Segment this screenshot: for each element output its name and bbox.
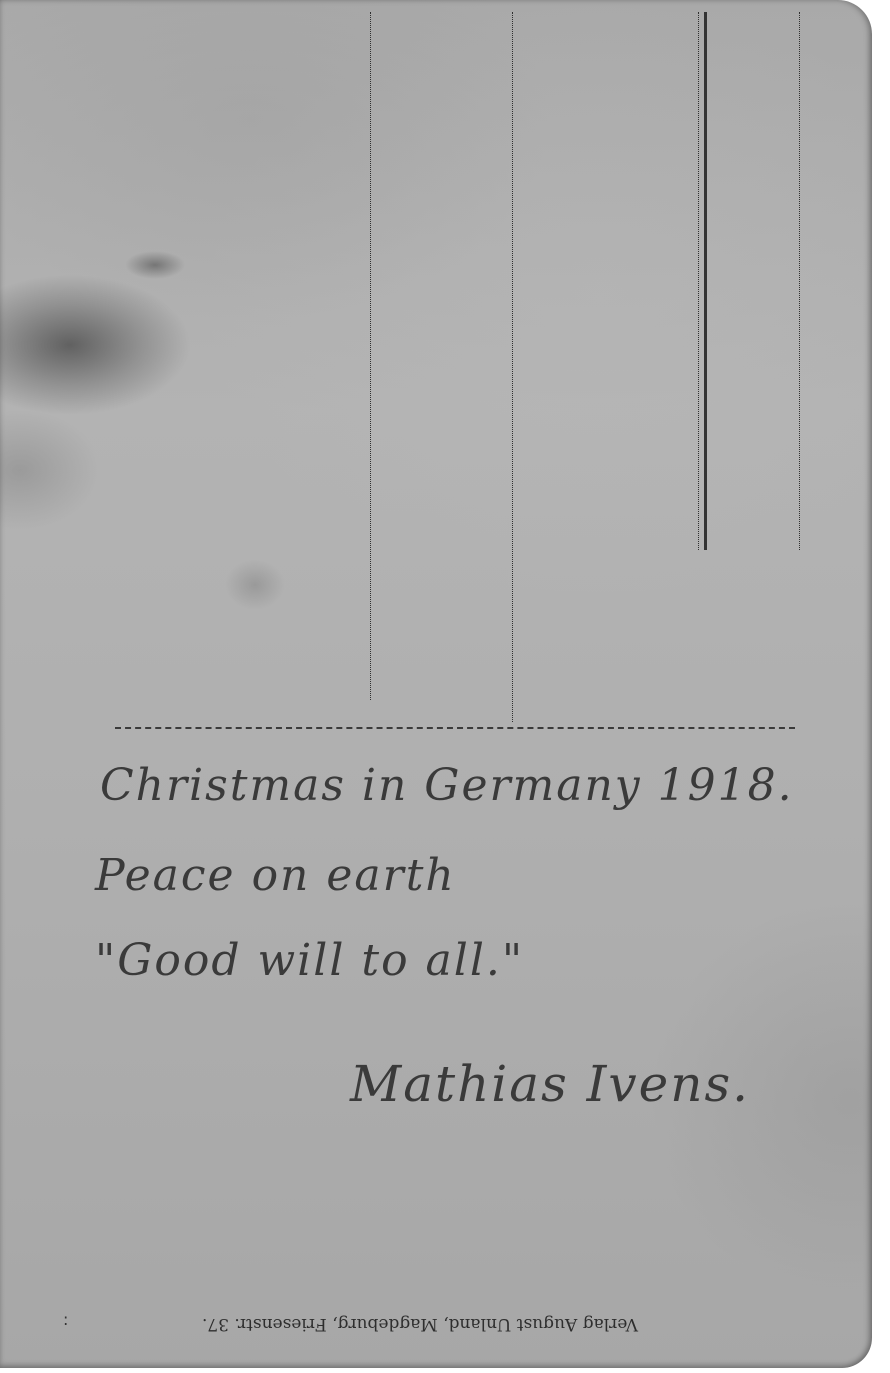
message-line-1: Christmas in Germany 1918. bbox=[100, 760, 794, 811]
postcard-back: Christmas in Germany 1918. Peace on eart… bbox=[0, 0, 872, 1368]
stamp-box-dotted-line bbox=[698, 12, 699, 550]
address-divider-dotted-line bbox=[512, 12, 513, 722]
signature: Mathias Ivens. bbox=[350, 1055, 750, 1113]
message-line-3: "Good will to all." bbox=[95, 935, 524, 986]
stamp-box-solid-line bbox=[704, 12, 707, 550]
message-line-2: Peace on earth bbox=[95, 850, 456, 901]
margin-mark: : bbox=[63, 1310, 68, 1329]
message-divider-line bbox=[115, 727, 795, 729]
address-divider-dotted-line bbox=[370, 12, 371, 700]
publisher-imprint: Verlag August Unland, Magdeburg, Friesen… bbox=[130, 1314, 710, 1334]
stamp-box-dotted-line bbox=[799, 12, 800, 550]
